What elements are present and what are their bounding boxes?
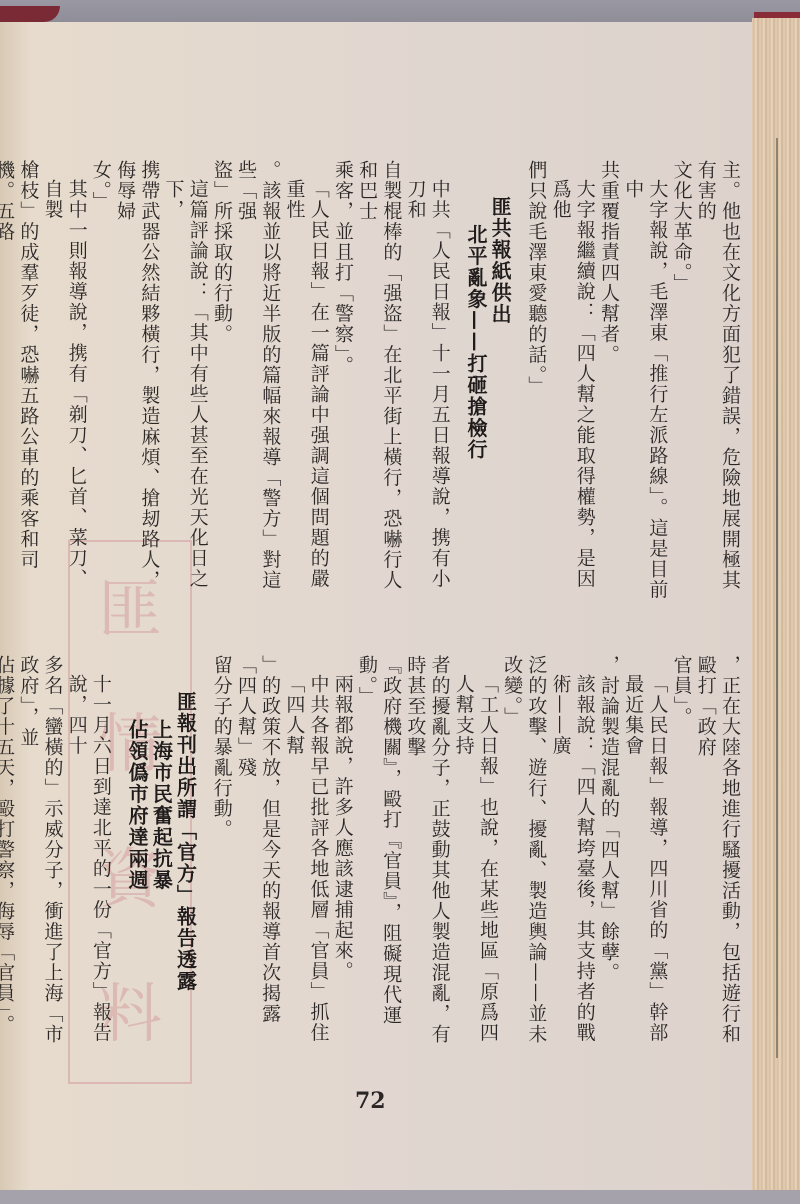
page-edges bbox=[752, 18, 800, 1194]
text-column: 中共各報早已批評各地低層「官員」抓住「四人幫 bbox=[282, 655, 330, 1055]
text-column: 携帶武器公然結夥橫行，製造麻煩、搶刼路人，侮辱婦 bbox=[113, 160, 161, 600]
bottom-surface bbox=[0, 1190, 800, 1204]
text-column: 乘客，並且打「警察」。 bbox=[331, 160, 355, 600]
text-column: 文化大革命。」 bbox=[669, 160, 693, 600]
section-heading: 匪共報紙供出 bbox=[488, 160, 512, 600]
text-column: 「人民日報」在一篇評論中强調這個問題的嚴重性 bbox=[282, 160, 330, 600]
text-column: 中共「人民日報」十一月五日報導說，携有小刀和 bbox=[403, 160, 451, 600]
section-heading: 匪報刊出所謂「官方」報告透露 bbox=[173, 655, 197, 1055]
page-edge-line bbox=[776, 138, 778, 1058]
column-gap bbox=[452, 160, 464, 600]
text-column: 女。」 bbox=[89, 160, 113, 600]
text-column: 者的擾亂分子，正鼓動其他人製造混亂，有時甚至攻擊 bbox=[403, 655, 451, 1055]
text-column: 「人民日報」報導，四川省的「黨」幹部最近集會 bbox=[621, 655, 669, 1055]
text-column: 們只說毛澤東愛聽的話。」 bbox=[524, 160, 548, 600]
text-column: 泛的攻擊、遊行、擾亂、製造輿論——並未改變。」 bbox=[500, 655, 548, 1055]
text-column: 自製棍棒的「强盜」在北平街上橫行，恐嚇行人和巴士 bbox=[355, 160, 403, 600]
text-column: ，討論製造混亂的「四人幫」餘孽。 bbox=[597, 655, 621, 1055]
top-text-block: 主。他也在文化方面犯了錯誤，危險地展開極其有害的文化大革命。」大字報說，毛澤東「… bbox=[0, 160, 742, 600]
book-cover-corner-left bbox=[0, 6, 60, 22]
section-heading: 北平亂象——打砸搶檢行 bbox=[464, 160, 488, 600]
text-column: 兩報都說，許多人應該逮捕起來。 bbox=[331, 655, 355, 1055]
text-column: 多名「蠻橫的」示威分子，衝進了上海「市政府」，並 bbox=[16, 655, 64, 1055]
text-column: 留分子的暴亂行動。 bbox=[210, 655, 234, 1055]
text-column: 」的政策不放，但是今天的報導首次揭露「四人幫」殘 bbox=[234, 655, 282, 1055]
text-column: 大字報繼續說：「四人幫之能取得權勢，是因爲他 bbox=[548, 160, 596, 600]
bottom-text-block: ，正在大陸各地進行騷擾活動，包括遊行和毆打「政府官員」。「人民日報」報導，四川省… bbox=[0, 655, 742, 1055]
text-column: 十一月六日到達北平的一份「官方」報告說，四十 bbox=[65, 655, 113, 1055]
text-column: 這篇評論說：「其中有些人甚至在光天化日之下， bbox=[161, 160, 209, 600]
text-column: 該報說：「四人幫垮臺後，其支持者的戰術——廣 bbox=[548, 655, 596, 1055]
text-column: 其中一則報導說，携有「剃刀、匕首、菜刀、自製 bbox=[40, 160, 88, 600]
column-gap bbox=[113, 655, 125, 1055]
background-surface bbox=[0, 0, 800, 22]
text-column: 盜」所採取的行動。 bbox=[210, 160, 234, 600]
text-column: 槍枝」的成羣歹徒，恐嚇五路公車的乘客和司機。五路 bbox=[0, 160, 40, 600]
text-column: 大字報說，毛澤東「推行左派路線」。這是目前中 bbox=[621, 160, 669, 600]
section-heading: 上海市民奮起抗暴 bbox=[149, 655, 173, 1055]
column-gap bbox=[512, 160, 524, 600]
text-column: 「工人日報」也說，在某些地區「原爲四人幫支持 bbox=[452, 655, 500, 1055]
text-column: 主。他也在文化方面犯了錯誤，危險地展開極其有害的 bbox=[694, 160, 742, 600]
text-column: 佔據了十五天，毆打警察，侮辱「官員」。 bbox=[0, 655, 16, 1055]
column-gap bbox=[198, 655, 210, 1055]
page-number: 72 bbox=[355, 1088, 386, 1114]
text-column: ，正在大陸各地進行騷擾活動，包括遊行和毆打「政府 bbox=[694, 655, 742, 1055]
text-column: 『政府機關』，毆打『官員』，阻礙現代運動。」 bbox=[355, 655, 403, 1055]
book-photo: 匪 情 資 料 主。他也在文化方面犯了錯誤，危險地展開極其有害的文化大革命。」大… bbox=[0, 0, 800, 1204]
section-heading: 佔領僞市府達兩週 bbox=[125, 655, 149, 1055]
text-column: 共重覆指責四人幫者。 bbox=[597, 160, 621, 600]
text-column: 官員」。 bbox=[669, 655, 693, 1055]
text-column: 。該報並以將近半版的篇幅來報導「警方」對這些「强 bbox=[234, 160, 282, 600]
